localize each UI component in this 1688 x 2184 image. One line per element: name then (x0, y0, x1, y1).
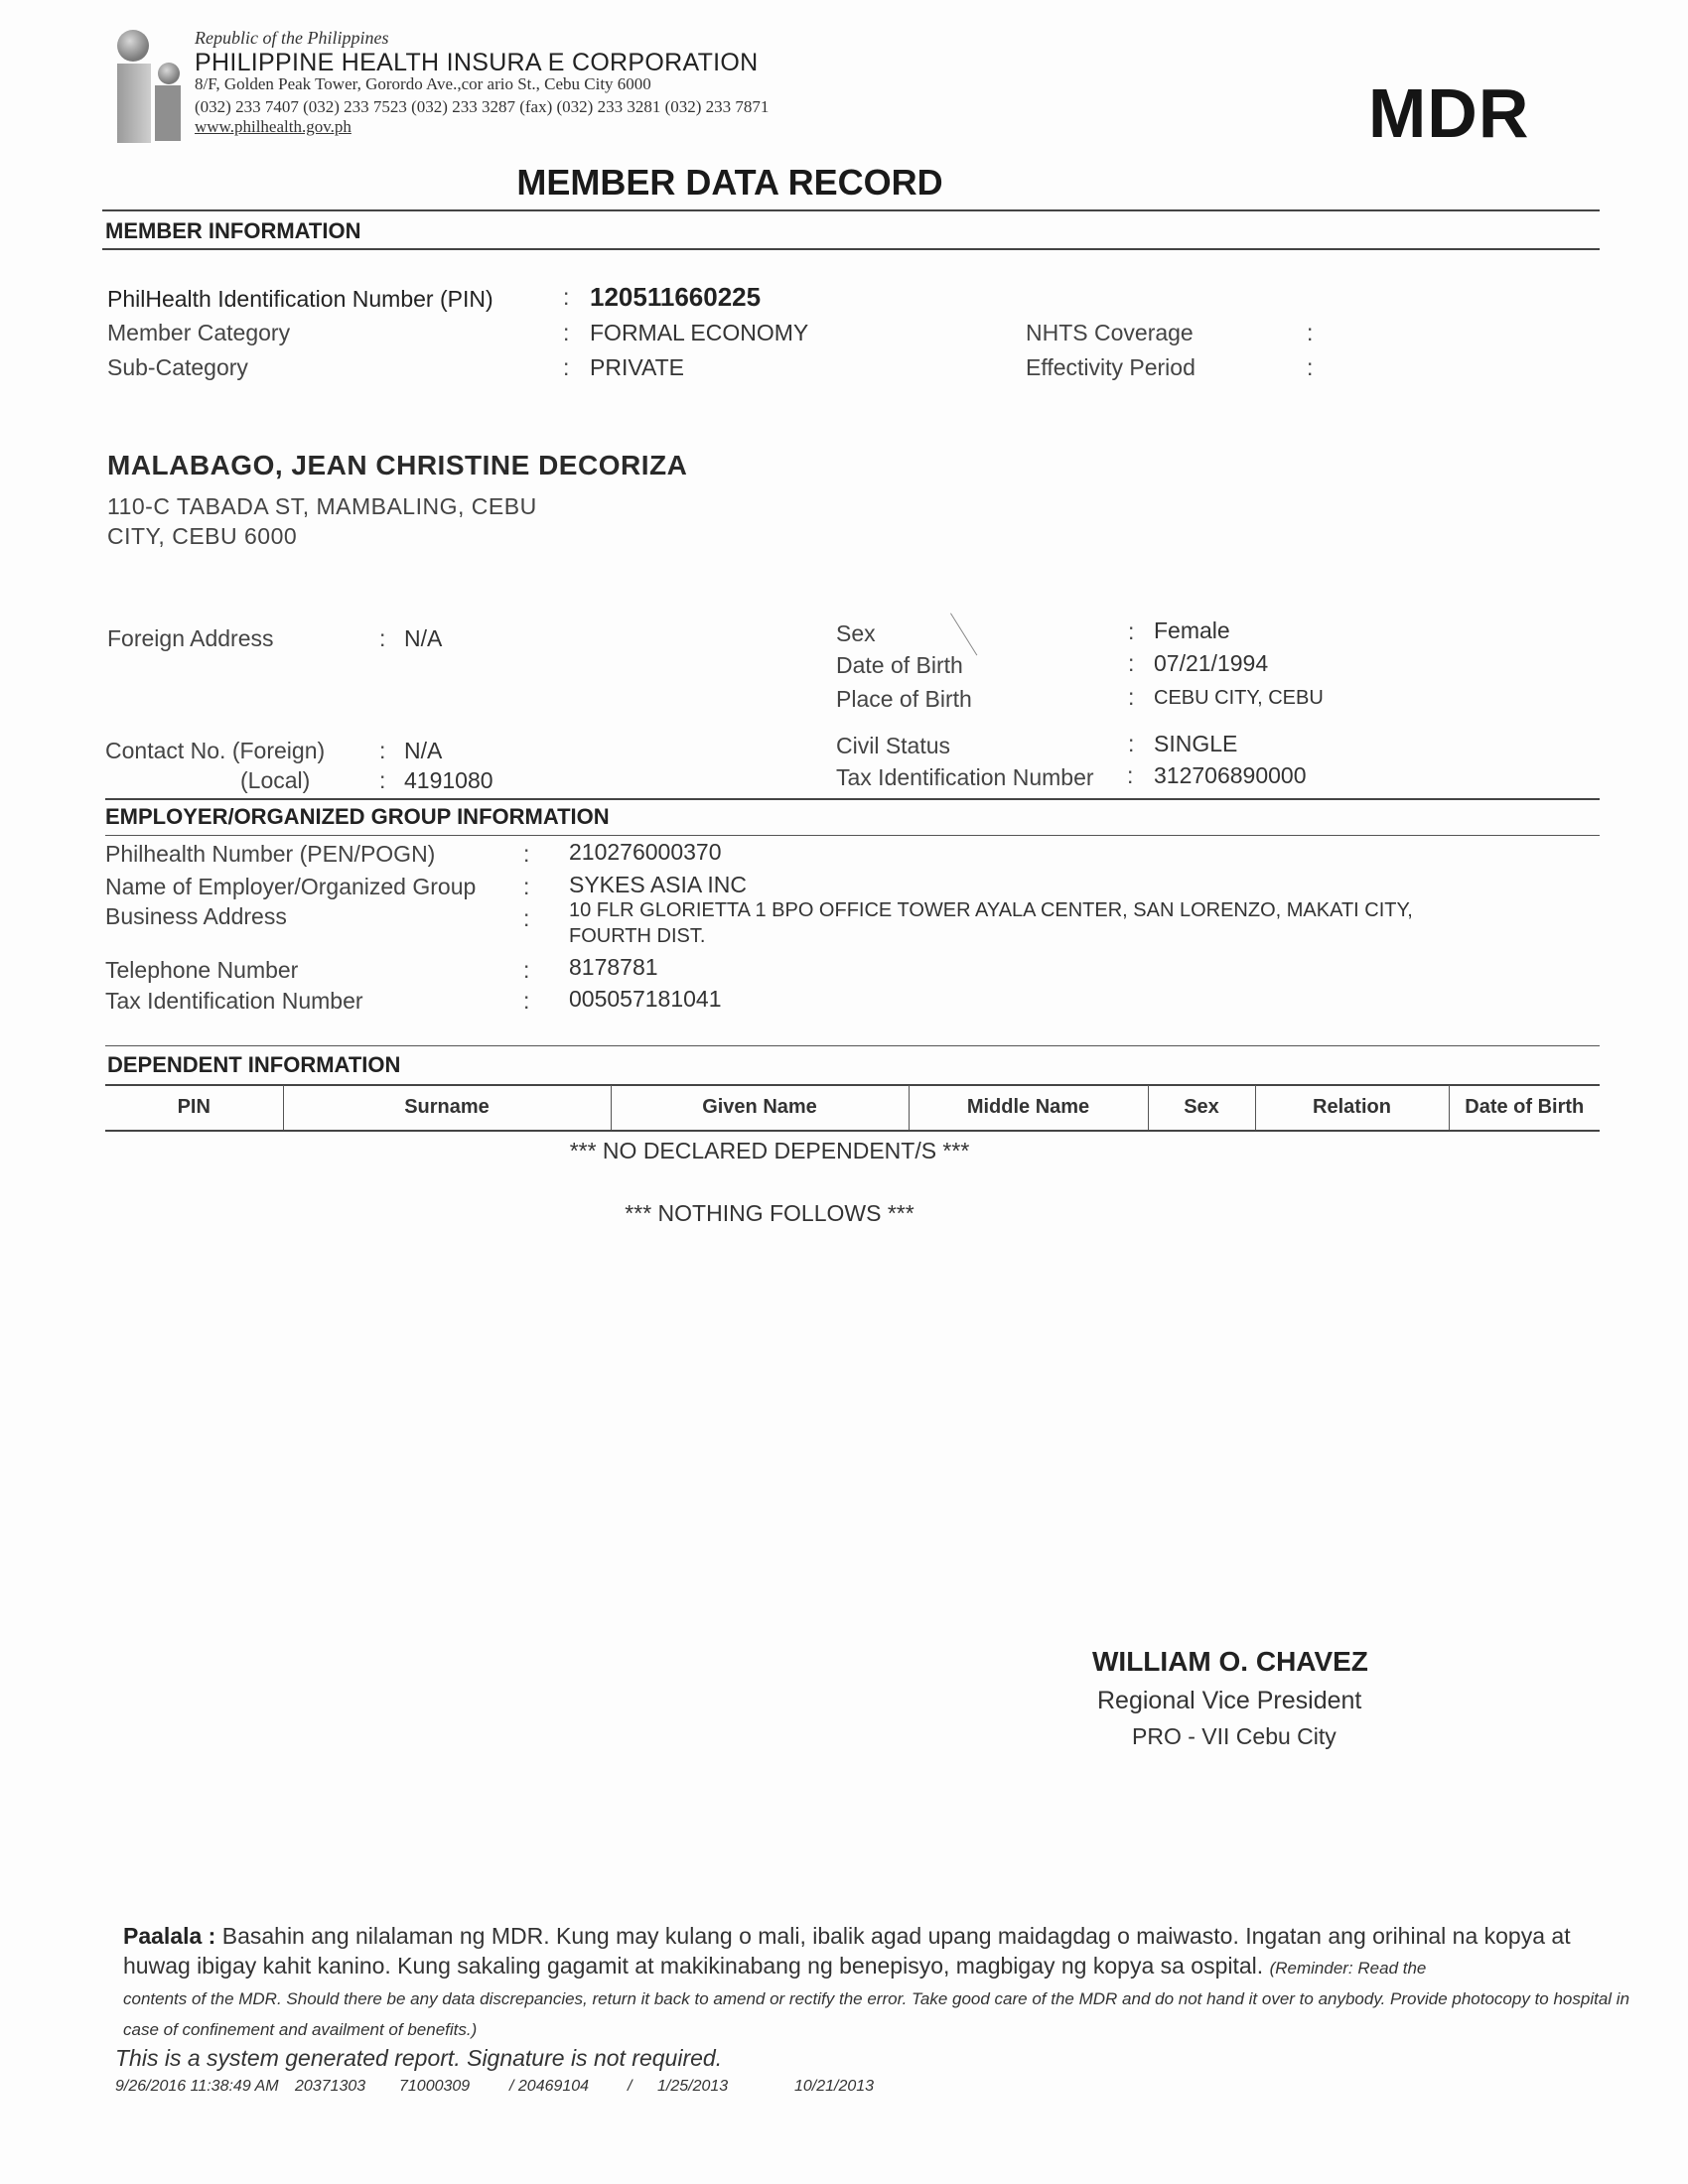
footer-code: / (628, 2078, 632, 2096)
member-name: MALABAGO, JEAN CHRISTINE DECORIZA (107, 450, 687, 481)
reminder-text-english: contents of the MDR. Should there be any… (123, 1989, 1629, 2039)
contact-local-value: 4191080 (404, 767, 493, 794)
divider (105, 798, 1600, 800)
document-code: MDR (1368, 73, 1529, 153)
footer-timestamp: 9/26/2016 11:38:49 AM (115, 2078, 279, 2096)
column-header-date-of-birth: Date of Birth (1449, 1085, 1600, 1130)
sex-value: Female (1154, 617, 1230, 644)
member-address-line2: CITY, CEBU 6000 (107, 523, 297, 550)
divider (102, 248, 1600, 250)
footer-code: 71000309 (399, 2078, 470, 2096)
colon: : (523, 841, 529, 868)
republic-label: Republic of the Philippines (195, 28, 388, 49)
colon: : (563, 354, 569, 381)
colon: : (523, 957, 529, 984)
member-tin-label: Tax Identification Number (836, 764, 1094, 791)
colon: : (523, 874, 529, 900)
column-header-surname: Surname (283, 1085, 611, 1130)
pen-stroke (950, 613, 977, 655)
footer-date: 10/21/2013 (794, 2078, 874, 2096)
dependent-table: PIN Surname Given Name Middle Name Sex R… (105, 1085, 1600, 1130)
dependent-info-heading: DEPENDENT INFORMATION (107, 1052, 400, 1078)
employer-name-label: Name of Employer/Organized Group (105, 874, 476, 900)
employer-name-value: SYKES ASIA INC (569, 872, 747, 898)
divider (105, 1130, 1600, 1132)
pin-value: 120511660225 (590, 282, 761, 313)
footer-code: 20371303 (295, 2078, 365, 2096)
signatory-title: Regional Vice President (1097, 1687, 1361, 1715)
place-of-birth-label: Place of Birth (836, 686, 972, 713)
employer-pen-label: Philhealth Number (PEN/POGN) (105, 841, 435, 868)
colon: : (1307, 354, 1313, 381)
colon: : (1128, 684, 1134, 711)
business-address-line2: FOURTH DIST. (569, 925, 705, 948)
colon: : (1128, 650, 1134, 677)
colon: : (379, 767, 385, 794)
reminder-notice: Paalala : Basahin ang nilalaman ng MDR. … (123, 1921, 1632, 2043)
colon: : (523, 988, 529, 1015)
employer-pen-value: 210276000370 (569, 839, 722, 866)
colon: : (1128, 731, 1134, 757)
civil-status-label: Civil Status (836, 733, 950, 759)
column-header-pin: PIN (105, 1085, 283, 1130)
business-address-label: Business Address (105, 903, 287, 930)
organization-website-link[interactable]: www.philhealth.gov.ph (195, 117, 352, 137)
employer-phone-value: 8178781 (569, 954, 658, 981)
reminder-label: Paalala : (123, 1923, 215, 1949)
sub-category-value: PRIVATE (590, 354, 684, 381)
sex-label: Sex (836, 620, 876, 647)
business-address-line1: 10 FLR GLORIETTA 1 BPO OFFICE TOWER AYAL… (569, 899, 1413, 922)
foreign-address-label: Foreign Address (107, 625, 273, 652)
member-tin-value: 312706890000 (1154, 762, 1307, 789)
colon: : (523, 905, 529, 932)
employer-info-heading: EMPLOYER/ORGANIZED GROUP INFORMATION (105, 804, 610, 830)
page-title: MEMBER DATA RECORD (0, 162, 1688, 204)
reminder-text-english-start: (Reminder: Read the (1270, 1959, 1427, 1978)
colon: : (379, 738, 385, 764)
organization-phones: (032) 233 7407 (032) 233 7523 (032) 233 … (195, 97, 769, 117)
nothing-follows-note: *** NOTHING FOLLOWS *** (0, 1200, 1688, 1227)
member-address-line1: 110-C TABADA ST, MAMBALING, CEBU (107, 493, 537, 520)
organization-address: 8/F, Golden Peak Tower, Gorordo Ave.,cor… (195, 74, 651, 94)
colon: : (379, 625, 385, 652)
table-header-row: PIN Surname Given Name Middle Name Sex R… (105, 1085, 1600, 1130)
footer-code: / 20469104 (509, 2078, 589, 2096)
colon: : (563, 320, 569, 346)
footer-date: 1/25/2013 (657, 2078, 728, 2096)
philhealth-family-logo-icon (111, 28, 189, 147)
member-category-label: Member Category (107, 320, 290, 346)
no-dependents-note: *** NO DECLARED DEPENDENT/S *** (0, 1138, 1688, 1164)
date-of-birth-label: Date of Birth (836, 652, 963, 679)
column-header-middle-name: Middle Name (909, 1085, 1148, 1130)
contact-foreign-label: Contact No. (Foreign) (105, 738, 325, 764)
contact-local-label: (Local) (240, 767, 310, 794)
signatory-office: PRO - VII Cebu City (1132, 1723, 1336, 1750)
date-of-birth-value: 07/21/1994 (1154, 650, 1268, 677)
nhts-coverage-label: NHTS Coverage (1026, 320, 1194, 346)
colon: : (1307, 320, 1313, 346)
employer-tin-value: 005057181041 (569, 986, 722, 1013)
member-info-heading: MEMBER INFORMATION (105, 218, 360, 244)
member-category-value: FORMAL ECONOMY (590, 320, 808, 346)
employer-tin-label: Tax Identification Number (105, 988, 363, 1015)
foreign-address-value: N/A (404, 625, 442, 652)
civil-status-value: SINGLE (1154, 731, 1237, 757)
effectivity-period-label: Effectivity Period (1026, 354, 1196, 381)
divider (105, 835, 1600, 836)
colon: : (563, 284, 569, 311)
contact-foreign-value: N/A (404, 738, 442, 764)
sub-category-label: Sub-Category (107, 354, 248, 381)
column-header-sex: Sex (1148, 1085, 1255, 1130)
signatory-name: WILLIAM O. CHAVEZ (1092, 1646, 1368, 1678)
divider (102, 209, 1600, 211)
column-header-relation: Relation (1255, 1085, 1449, 1130)
system-generated-note: This is a system generated report. Signa… (115, 2045, 722, 2072)
colon: : (1128, 618, 1134, 645)
colon: : (1127, 762, 1133, 789)
pin-label: PhilHealth Identification Number (PIN) (107, 286, 493, 313)
column-header-given-name: Given Name (611, 1085, 909, 1130)
organization-name: PHILIPPINE HEALTH INSURA E CORPORATION (195, 49, 759, 77)
employer-phone-label: Telephone Number (105, 957, 298, 984)
place-of-birth-value: CEBU CITY, CEBU (1154, 687, 1324, 710)
divider (105, 1045, 1600, 1046)
